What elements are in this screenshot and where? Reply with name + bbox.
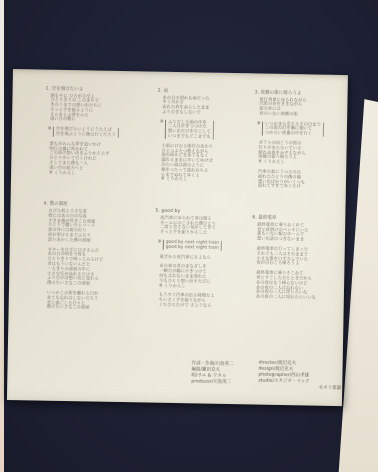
lyric-line: ※ くりかえし xyxy=(49,170,152,177)
credit-line: モオリ楽器 xyxy=(258,385,344,393)
lyric-line: つめたい夜風の中を行く xyxy=(265,131,321,137)
lyric-line: 夜が白むころ帰ろうよ xyxy=(256,261,359,268)
stanza: いつかこの街を離れる日が来ても忘れはしないだろう君と過ごした日々と僕のちいさなこ… xyxy=(47,291,150,312)
lyric-line: 遠い日の朝に xyxy=(50,117,153,124)
lyric-line: 流れてすぎてゆくだけ xyxy=(258,184,361,191)
lyric-line: 語りあかした僕の部屋 xyxy=(48,237,151,244)
song-section: 2. 雨あの日の別れも雨だったキミのかさぬれた肩をぬらしたままふりむきもしないで… xyxy=(156,89,266,184)
stanza: 最終電車は行ってしまったそれでも二人はそのままで小さな歌を口ずさんでいた夜が白む… xyxy=(256,246,359,267)
lyric-line: ※ くりかえし xyxy=(258,160,361,167)
refrain-lines: 空を飛びたいようにうたえば空を飛ぶように僕は行くだろう xyxy=(53,127,119,138)
stanza: 夜行列車にゆられながら汽笛の音をききながら窓の外には君のいない故郷の街 xyxy=(259,97,362,118)
refrain-lines: いつかまた会えるその日までこの街の灯を胸に抱いてつめたい夜風の中を行く xyxy=(262,121,324,137)
refrain-lines: good by next night traingood by next nig… xyxy=(163,240,222,251)
lyric-line: ※ くりかえし xyxy=(159,283,262,290)
refrain-mark: ※ xyxy=(48,127,52,137)
stanza: 小雨にけむる街灯のあかりひとつふたつ数えながら雨の街かどをあてもなく濡れるままに… xyxy=(161,144,265,184)
lyric-line: 僕のちいさなこの部屋 xyxy=(47,281,150,288)
song-section: 5. good by夜汽車にゆられて君は帰るホームにのこされた僕ひとり二度と会え… xyxy=(154,209,264,309)
stanza: ギターを片手に口ずさんだあの日の唄を今夜もひとりきりで唄ってみるけど君はもういな… xyxy=(47,247,151,287)
background-sheet-edge-left xyxy=(0,0,4,472)
credits-block-right: director/渡辺克夫design/渡辺克夫photographer/西山孝… xyxy=(258,361,345,393)
refrain-block: ※ふりだした雨の中を二人は歩きつづけた想い出だけをのこしていつまでもどこまでも xyxy=(160,119,265,140)
photo-of-lyric-insert: 1. 空を飛びたいよ朝もやに ひろがる空よひとりきりの このまちできのうまでの想… xyxy=(0,0,378,472)
refrain-block: ※空を飛びたいようにうたえば空を飛ぶように僕は行くだろう xyxy=(48,127,153,139)
lyric-line: くちびるだけで さようなら xyxy=(159,303,262,310)
stanza: 汽車の窓にうつるのは疲れたひとりの僕の顔想い出ばかりがいくつも流れてすぎてゆくだ… xyxy=(258,170,361,191)
lyric-line: 僕のちいさなこの部屋 xyxy=(47,305,150,312)
refrain-block: ※いつかまた会えるその日までこの街の灯を胸に抱いてつめたい夜風の中を行く xyxy=(257,121,362,137)
song-section: 6. 最終電車最終電車に乗りおくれて君と夜明けのベンチにいた誰もいない駅のホーム… xyxy=(251,216,361,302)
stanza: 朝もやに ひろがる空よひとりきりの このまちできのうまでの想い出たちにそっと手を… xyxy=(50,93,154,124)
credit-line: producer/川島英二 xyxy=(191,379,255,386)
lyric-line: あの夜の二人に戻れたらいいな xyxy=(256,295,359,302)
lyric-line: 君のいない故郷の街 xyxy=(259,111,362,118)
stanza: 古びた机と小さな窓壁にはあの日の写真すきま風が吹きこむ部屋ひとりで聴いたレコード… xyxy=(48,209,152,244)
lyric-line: ※ くりかえし xyxy=(161,177,264,184)
lyric-line: 遠ざかる夜汽車にさよなら xyxy=(160,254,263,261)
lyric-line: 空を飛ぶように僕は行くだろう xyxy=(56,132,116,138)
stanza: あの夜の君のまなざしを一瞬だけ瞳にやきつけて何も言わないまま別れた今もひとり想い… xyxy=(159,264,262,290)
stanza: もうすぐ汽車の出る時間だよちいさく手を振りながらくちびるだけで さようなら xyxy=(159,293,262,309)
stanza: あの日の別れも雨だったキミのかさぬれた肩をぬらしたままふりむきもしないで xyxy=(162,95,265,116)
lyric-line: 想い出話はつきないまま xyxy=(257,237,360,244)
stanza: 最終電車に乗りそこねて君とすごしたひとときだからあの夜はもう帰らないけどあの夜の… xyxy=(256,271,360,302)
lyrics-column-middle: 2. 雨あの日の別れも雨だったキミのかさぬれた肩をぬらしたままふりむきもしないで… xyxy=(153,89,265,323)
stanza: 夜汽車にゆられて君は帰るホームにのこされた僕ひとり二度と会えない気がしてきてそっ… xyxy=(160,215,263,236)
stanza: ガラスの向こうの街の灯りがまたたいている眠れぬ夜をかぞえながら故郷の街へ帰ろうよ… xyxy=(258,141,361,167)
song-section: 3. 故郷の街に帰ろうよ夜行列車にゆられながら汽笛の音をききながら窓の外には君の… xyxy=(253,90,363,190)
lyric-line: ふりむきもしないで xyxy=(162,110,265,117)
lyric-line: good by next night train xyxy=(166,245,219,251)
lyric-line: いつまでもどこまでも xyxy=(168,134,211,140)
stanza: 遠ざかる夜汽車にさよなら xyxy=(160,254,263,261)
lyrics-column-left: 1. 空を飛びたいよ朝もやに ひろがる空よひとりきりの このまちできのうまでの想… xyxy=(41,87,153,325)
refrain-lines: ふりだした雨の中を二人は歩きつづけた想い出だけをのこしていつまでもどこまでも xyxy=(165,119,214,139)
refrain-mark: ※ xyxy=(158,240,162,250)
credits-block-left: 作詞・作曲/川島英二編曲/瀬田克夫唄/サエ & ワタルproducer/川島英二 xyxy=(191,361,255,386)
lyrics-column-right: 3. 故郷の街に帰ろうよ夜行列車にゆられながら汽笛の音をききながら窓の外には君の… xyxy=(251,90,363,314)
stanza: 誰もがみんな夢を追いかけ明日の風に吹かれてこの街の想い出をふりかえらずひとり歩い… xyxy=(49,142,153,177)
song-section: 4. 僕の部屋古びた机と小さな窓壁にはあの日の写真すきま風が吹きこむ部屋ひとりで… xyxy=(42,202,152,312)
refrain-mark: ※ xyxy=(160,119,164,138)
song-section: 1. 空を飛びたいよ朝もやに ひろがる空よひとりきりの このまちできのうまでの想… xyxy=(44,87,154,177)
stanza: 最終電車に乗りおくれて君と夜明けのベンチにいた誰もいない駅のホームで想い出話はつ… xyxy=(257,222,360,243)
lyric-line: そっと手を振りかえした xyxy=(160,230,263,237)
refrain-block: ※good by next night traingood by next ni… xyxy=(158,240,263,252)
lyric-sheet: 1. 空を飛びたいよ朝もやに ひろがる空よひとりきりの このまちできのうまでの想… xyxy=(7,69,348,406)
refrain-mark: ※ xyxy=(257,121,261,135)
